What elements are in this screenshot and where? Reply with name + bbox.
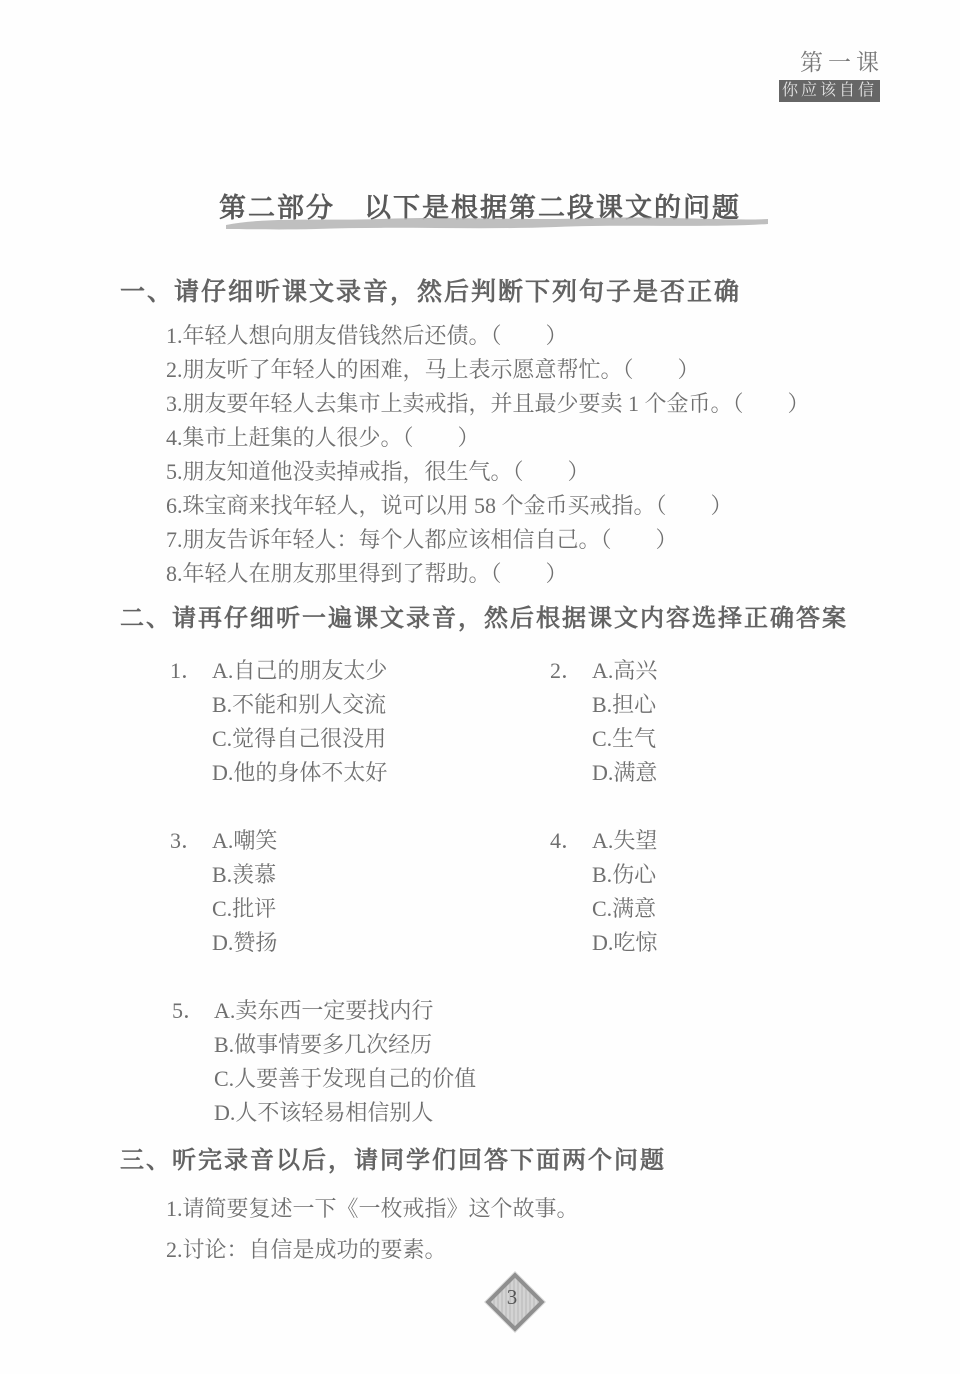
- true-false-item: 7.朋友告诉年轻人：每个人都应该相信自己。（ ）: [166, 523, 810, 557]
- option-d: D.吃惊: [592, 926, 657, 960]
- option-d: D.人不该轻易相信别人: [214, 1096, 476, 1130]
- discussion-item: 2.讨论：自信是成功的要素。: [166, 1229, 579, 1270]
- question-number: 5．: [172, 994, 214, 1130]
- option-d: D.满意: [592, 756, 657, 790]
- choice-question-2: 2． A.高兴 B.担心 C.生气 D.满意: [550, 654, 657, 790]
- true-false-item: 3.朋友要年轻人去集市上卖戒指，并且最少要卖 1 个金币。（ ）: [166, 387, 810, 421]
- true-false-item: 4.集市上赶集的人很少。（ ）: [166, 421, 810, 455]
- option-c: C.批评: [212, 892, 277, 926]
- option-list: A.高兴 B.担心 C.生气 D.满意: [592, 654, 657, 790]
- page-number-diamond: 3: [486, 1270, 538, 1326]
- true-false-item: 5.朋友知道他没卖掉戒指，很生气。（ ）: [166, 455, 810, 489]
- option-a: A.嘲笑: [212, 824, 277, 858]
- question-number: 2．: [550, 654, 592, 790]
- true-false-item: 1.年轻人想向朋友借钱然后还债。（ ）: [166, 319, 810, 353]
- option-c: C.觉得自己很没用: [212, 722, 387, 756]
- option-c: C.满意: [592, 892, 657, 926]
- lesson-title-badge: 你应该自信: [779, 80, 880, 102]
- page-number: 3: [486, 1285, 538, 1310]
- question-number: 3．: [170, 824, 212, 960]
- workbook-page: 第一课 你应该自信 第二部分 以下是根据第二段课文的问题 一、请仔细听课文录音，…: [0, 0, 960, 1374]
- option-b: B.羡慕: [212, 858, 277, 892]
- option-list: A.失望 B.伤心 C.满意 D.吃惊: [592, 824, 657, 960]
- question-number: 4．: [550, 824, 592, 960]
- option-a: A.自己的朋友太少: [212, 654, 387, 688]
- option-a: A.失望: [592, 824, 657, 858]
- section3-item-list: 1.请简要复述一下《一枚戒指》这个故事。 2.讨论：自信是成功的要素。: [166, 1188, 579, 1270]
- option-d: D.他的身体不太好: [212, 756, 387, 790]
- choice-question-3: 3． A.嘲笑 B.羡慕 C.批评 D.赞扬: [170, 824, 277, 960]
- option-b: B.伤心: [592, 858, 657, 892]
- lesson-label: 第一课: [800, 44, 884, 77]
- true-false-item: 2.朋友听了年轻人的困难，马上表示愿意帮忙。（ ）: [166, 353, 810, 387]
- true-false-item: 6.珠宝商来找年轻人，说可以用 58 个金币买戒指。（ ）: [166, 489, 810, 523]
- title-underline-stroke: [226, 212, 768, 234]
- option-a: A.卖东西一定要找内行: [214, 994, 476, 1028]
- option-d: D.赞扬: [212, 926, 277, 960]
- question-number: 1．: [170, 654, 212, 790]
- option-b: B.担心: [592, 688, 657, 722]
- section2-heading: 二、请再仔细听一遍课文录音，然后根据课文内容选择正确答案: [120, 598, 848, 633]
- choice-question-5: 5． A.卖东西一定要找内行 B.做事情要多几次经历 C.人要善于发现自己的价值…: [172, 994, 476, 1130]
- choice-question-4: 4． A.失望 B.伤心 C.满意 D.吃惊: [550, 824, 657, 960]
- section3-heading: 三、听完录音以后，请同学们回答下面两个问题: [120, 1140, 666, 1175]
- option-list: A.卖东西一定要找内行 B.做事情要多几次经历 C.人要善于发现自己的价值 D.…: [214, 994, 476, 1130]
- true-false-item: 8.年轻人在朋友那里得到了帮助。（ ）: [166, 557, 810, 591]
- section1-item-list: 1.年轻人想向朋友借钱然后还债。（ ） 2.朋友听了年轻人的困难，马上表示愿意帮…: [166, 319, 810, 591]
- option-a: A.高兴: [592, 654, 657, 688]
- discussion-item: 1.请简要复述一下《一枚戒指》这个故事。: [166, 1188, 579, 1229]
- choice-question-1: 1． A.自己的朋友太少 B.不能和别人交流 C.觉得自己很没用 D.他的身体不…: [170, 654, 387, 790]
- option-c: C.人要善于发现自己的价值: [214, 1062, 476, 1096]
- option-c: C.生气: [592, 722, 657, 756]
- option-list: A.自己的朋友太少 B.不能和别人交流 C.觉得自己很没用 D.他的身体不太好: [212, 654, 387, 790]
- option-list: A.嘲笑 B.羡慕 C.批评 D.赞扬: [212, 824, 277, 960]
- section1-heading: 一、请仔细听课文录音，然后判断下列句子是否正确: [120, 272, 741, 308]
- option-b: B.不能和别人交流: [212, 688, 387, 722]
- option-b: B.做事情要多几次经历: [214, 1028, 476, 1062]
